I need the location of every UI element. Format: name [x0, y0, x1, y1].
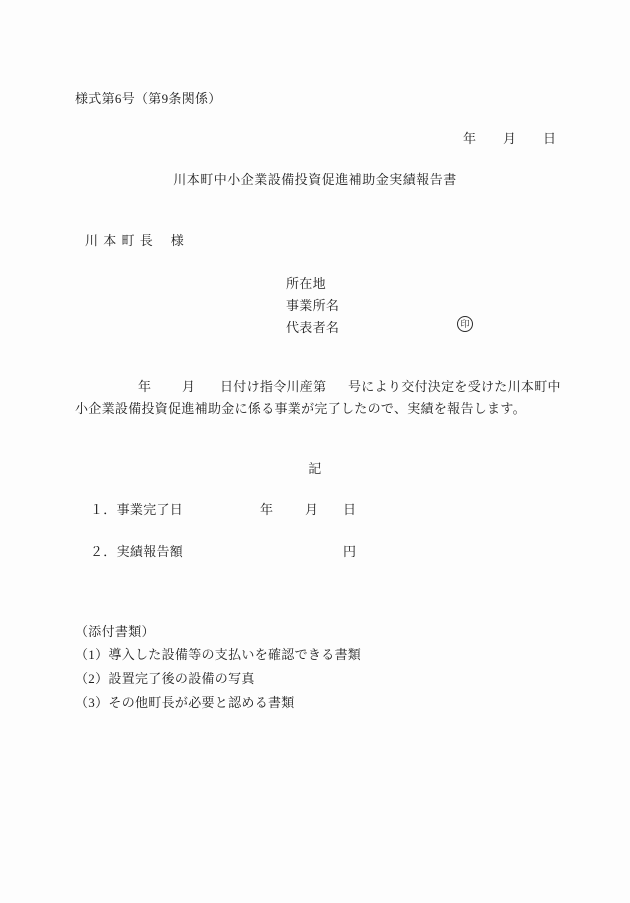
attachments-header: （添付書類） — [75, 624, 155, 639]
body-paragraph-line1: 年 月 日付け指令川産第 号により交付決定を受けた川本町中 — [0, 379, 630, 394]
sender-address-label: 所在地 — [286, 276, 326, 291]
body-paragraph-line2: 小企業設備投資促進補助金に係る事業が完了したので、実績を報告します。 — [75, 401, 526, 416]
date-month-label: 月 — [503, 131, 516, 146]
item1-day-label: 日 — [343, 502, 356, 517]
date-day-label: 日 — [543, 131, 556, 146]
ki-marker: 記 — [0, 461, 630, 476]
date-line: 年 月 日 — [0, 131, 630, 146]
item2-unit-label: 円 — [343, 544, 356, 559]
seal-mark-icon: 印 — [457, 316, 473, 332]
sender-business-name-label: 事業所名 — [286, 298, 339, 313]
attachment-item-1: （1）導入した設備等の支払いを確認できる書類 — [75, 647, 361, 662]
body-month-label: 月 — [182, 379, 195, 394]
item-reported-amount: ２．実績報告額 円 — [0, 544, 630, 559]
addressee: 川 本 町 長 様 — [85, 233, 185, 248]
item1-month-label: 月 — [305, 502, 318, 517]
form-number: 様式第6号（第9条関係） — [75, 91, 222, 106]
date-year-label: 年 — [463, 131, 476, 146]
body-directive-segment: 日付け指令川産第 — [220, 379, 326, 394]
body-year-label: 年 — [138, 379, 151, 394]
body-decision-segment: 号により交付決定を受けた川本町中 — [348, 379, 561, 394]
item1-label: １．事業完了日 — [90, 502, 183, 517]
sender-representative-label: 代表者名 — [286, 320, 339, 335]
item1-year-label: 年 — [260, 502, 273, 517]
item-completion-date: １．事業完了日 年 月 日 — [0, 502, 630, 517]
document-title: 川本町中小企業設備投資促進補助金実績報告書 — [0, 172, 630, 187]
attachment-item-3: （3）その他町長が必要と認める書類 — [75, 695, 295, 710]
item2-label: ２．実績報告額 — [90, 544, 183, 559]
document-page: 様式第6号（第9条関係） 年 月 日 川本町中小企業設備投資促進補助金実績報告書… — [0, 0, 630, 903]
attachment-item-2: （2）設置完了後の設備の写真 — [75, 671, 255, 686]
